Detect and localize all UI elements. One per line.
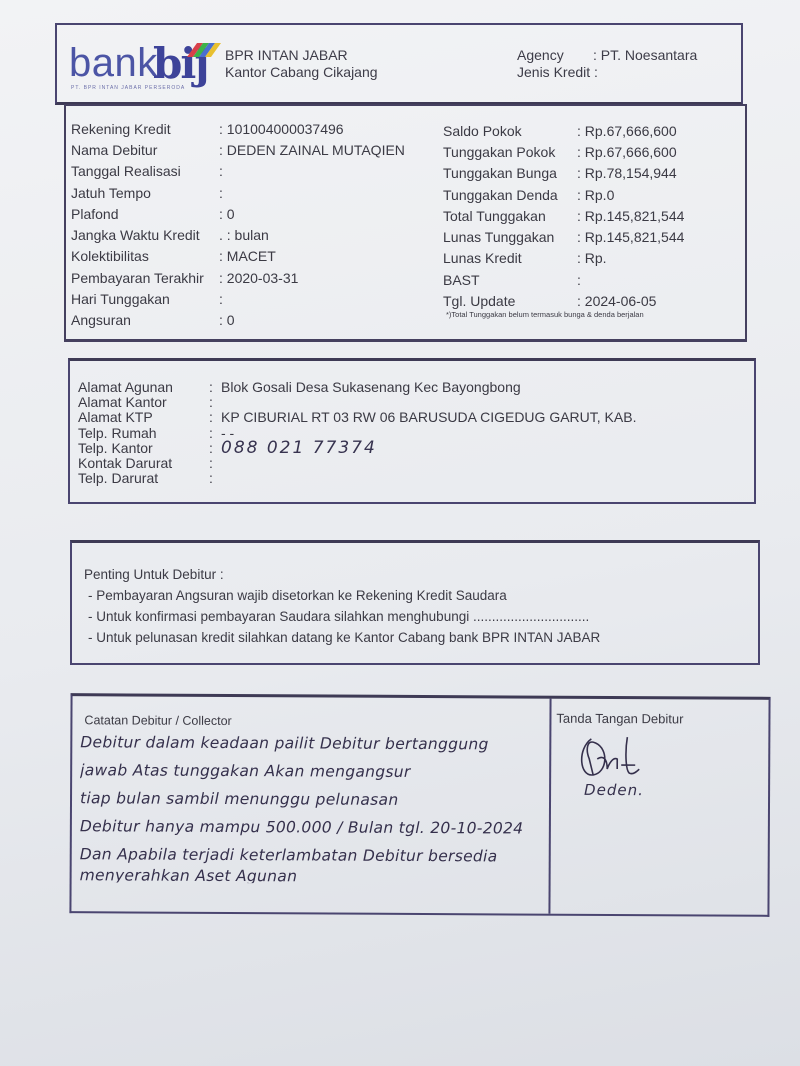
field-label: Plafond (71, 206, 219, 222)
account-left-column: Rekening Kredit: 101004000037496Nama Deb… (71, 118, 405, 331)
field-label: Tunggakan Denda (443, 187, 577, 203)
field-value: : Rp.145,821,544 (577, 208, 684, 224)
field-value: : (219, 163, 223, 179)
account-field-row: Tgl. Update: 2024-06-05 (443, 290, 684, 311)
logo-stripes-icon (181, 39, 221, 57)
jenis-kredit-label: Jenis Kredit (517, 64, 590, 81)
signature-title: Tanda Tangan Debitur (556, 711, 683, 727)
account-field-row: Total Tunggakan: Rp.145,821,544 (443, 205, 684, 226)
bank-name: BPR INTAN JABAR (225, 47, 378, 64)
field-value: : 2020-03-31 (219, 270, 298, 286)
colon-separator: : (209, 409, 221, 425)
account-field-row: Tunggakan Bunga: Rp.78,154,944 (443, 163, 684, 184)
field-value: : 2024-06-05 (577, 293, 656, 309)
colon-separator: : (209, 425, 221, 441)
address-box: Alamat Agunan:Blok Gosali Desa Sukasenan… (68, 358, 756, 504)
bank-logo: bank bij PT. BPR INTAN JABAR PERSERODA (69, 41, 219, 95)
account-field-row: Tunggakan Denda: Rp.0 (443, 184, 684, 205)
field-value: : (219, 185, 223, 201)
colon-separator: : (209, 379, 221, 395)
field-value: : Rp. (577, 250, 607, 266)
account-field-row: Rekening Kredit: 101004000037496 (71, 118, 405, 139)
account-field-row: Angsuran: 0 (71, 310, 405, 331)
handwritten-notes: Debitur dalam keadaan pailit Debitur ber… (80, 728, 551, 884)
account-field-row: Jangka Waktu Kredit. : bulan (71, 224, 405, 245)
field-label: BAST (443, 272, 577, 288)
account-field-row: Lunas Kredit: Rp. (443, 248, 684, 269)
account-field-row: Plafond: 0 (71, 203, 405, 224)
colon-separator: : (209, 394, 221, 410)
field-label: Rekening Kredit (71, 121, 219, 137)
important-list: - Pembayaran Angsuran wajib disetorkan k… (88, 585, 600, 648)
account-field-row: Pembayaran Terakhir: 2020-03-31 (71, 267, 405, 288)
address-field-row: Alamat KTP:KP CIBURIAL RT 03 RW 06 BARUS… (78, 410, 636, 425)
field-value: : Rp.145,821,544 (577, 229, 684, 245)
field-label: Angsuran (71, 312, 219, 328)
colon-separator: : (209, 440, 221, 456)
field-label: Alamat Kantor (78, 394, 209, 410)
account-right-column: Saldo Pokok: Rp.67,666,600Tunggakan Poko… (443, 120, 684, 312)
field-value: : 0 (219, 312, 235, 328)
field-value: : 0 (219, 206, 235, 222)
account-field-row: Hari Tunggakan: (71, 288, 405, 309)
bank-info: BPR INTAN JABAR Kantor Cabang Cikajang (225, 47, 378, 81)
field-label: Lunas Tunggakan (443, 229, 577, 245)
account-field-row: Jatuh Tempo: (71, 182, 405, 203)
note-line: Debitur dalam keadaan pailit Debitur ber… (80, 728, 550, 758)
field-value: : 101004000037496 (219, 121, 344, 137)
field-label: Nama Debitur (71, 142, 219, 158)
field-label: Alamat Agunan (78, 379, 209, 395)
account-field-row: BAST: (443, 269, 684, 290)
field-value: Blok Gosali Desa Sukasenang Kec Bayongbo… (221, 379, 521, 395)
signature-name: Deden. (584, 781, 644, 799)
field-label: Total Tunggakan (443, 208, 577, 224)
field-label: Alamat KTP (78, 409, 209, 425)
jenis-kredit-value: : (594, 64, 598, 81)
agency-label: Agency (517, 47, 593, 64)
field-label: Jangka Waktu Kredit (71, 227, 219, 243)
account-field-row: Lunas Tunggakan: Rp.145,821,544 (443, 226, 684, 247)
field-label: Jatuh Tempo (71, 185, 219, 201)
account-details-box: Rekening Kredit: 101004000037496Nama Deb… (64, 104, 747, 342)
account-field-row: Tunggakan Pokok: Rp.67,666,600 (443, 141, 684, 162)
field-value: . : bulan (219, 227, 269, 243)
note-line: Dan Apabila terjadi keterlambatan Debitu… (80, 840, 550, 870)
logo-text: bank (69, 41, 158, 86)
field-label: Telp. Darurat (78, 470, 209, 486)
address-field-row: Alamat Kantor: (78, 394, 636, 409)
field-label: Kontak Darurat (78, 455, 209, 471)
field-value: : Rp.0 (577, 187, 614, 203)
important-title: Penting Untuk Debitur : (84, 567, 224, 582)
field-label: Pembayaran Terakhir (71, 270, 219, 286)
important-item: - Pembayaran Angsuran wajib disetorkan k… (88, 585, 600, 606)
field-label: Tgl. Update (443, 293, 577, 309)
branch-name: Kantor Cabang Cikajang (225, 64, 378, 81)
field-label: Tunggakan Bunga (443, 165, 577, 181)
field-label: Tunggakan Pokok (443, 144, 577, 160)
account-field-row: Saldo Pokok: Rp.67,666,600 (443, 120, 684, 141)
field-label: Lunas Kredit (443, 250, 577, 266)
important-info-box: Penting Untuk Debitur : - Pembayaran Ang… (70, 540, 760, 665)
field-value: : DEDEN ZAINAL MUTAQIEN (219, 142, 405, 158)
agency-value: : PT. Noesantara (593, 47, 697, 64)
note-line: tiap bulan sambil menunggu pelunasan (80, 784, 550, 814)
note-line: menyerahkan Aset Agunan (80, 868, 550, 884)
account-field-row: Nama Debitur: DEDEN ZAINAL MUTAQIEN (71, 139, 405, 160)
address-field-row: Telp. Kantor:088 021 77374 (78, 440, 636, 455)
footnote: *)Total Tunggakan belum termasuk bunga &… (446, 310, 644, 319)
field-value: : Rp.67,666,600 (577, 123, 677, 139)
address-field-row: Alamat Agunan:Blok Gosali Desa Sukasenan… (78, 379, 636, 394)
important-item: - Untuk pelunasan kredit silahkan datang… (88, 627, 600, 648)
field-label: Kolektibilitas (71, 248, 219, 264)
header-box: bank bij PT. BPR INTAN JABAR PERSERODA B… (55, 23, 743, 105)
note-line: jawab Atas tunggakan Akan mengangsur (80, 756, 550, 786)
field-value: KP CIBURIAL RT 03 RW 06 BARUSUDA CIGEDUG… (221, 409, 636, 425)
field-value: 088 021 77374 (221, 438, 377, 458)
field-label: Hari Tunggakan (71, 291, 219, 307)
account-field-row: Kolektibilitas: MACET (71, 246, 405, 267)
field-value: : MACET (219, 248, 276, 264)
note-line: Debitur hanya mampu 500.000 / Bulan tgl.… (80, 812, 550, 842)
address-list: Alamat Agunan:Blok Gosali Desa Sukasenan… (78, 379, 636, 486)
field-label: Telp. Kantor (78, 440, 209, 456)
important-item: - Untuk konfirmasi pembayaran Saudara si… (88, 606, 600, 627)
field-value: : (577, 272, 581, 288)
field-value: : (219, 291, 223, 307)
colon-separator: : (209, 455, 221, 471)
logo-subtitle: PT. BPR INTAN JABAR PERSERODA (71, 85, 185, 91)
notes-box: Catatan Debitur / Collector Debitur dala… (69, 693, 770, 917)
address-field-row: Telp. Darurat: (78, 471, 636, 486)
notes-title: Catatan Debitur / Collector (84, 713, 231, 728)
field-value: : Rp.67,666,600 (577, 144, 677, 160)
field-label: Saldo Pokok (443, 123, 577, 139)
colon-separator: : (209, 470, 221, 486)
field-label: Telp. Rumah (78, 425, 209, 441)
field-label: Tanggal Realisasi (71, 163, 219, 179)
field-value: : Rp.78,154,944 (577, 165, 677, 181)
agency-info: Agency: PT. Noesantara Jenis Kredit : (517, 47, 697, 81)
account-field-row: Tanggal Realisasi: (71, 161, 405, 182)
